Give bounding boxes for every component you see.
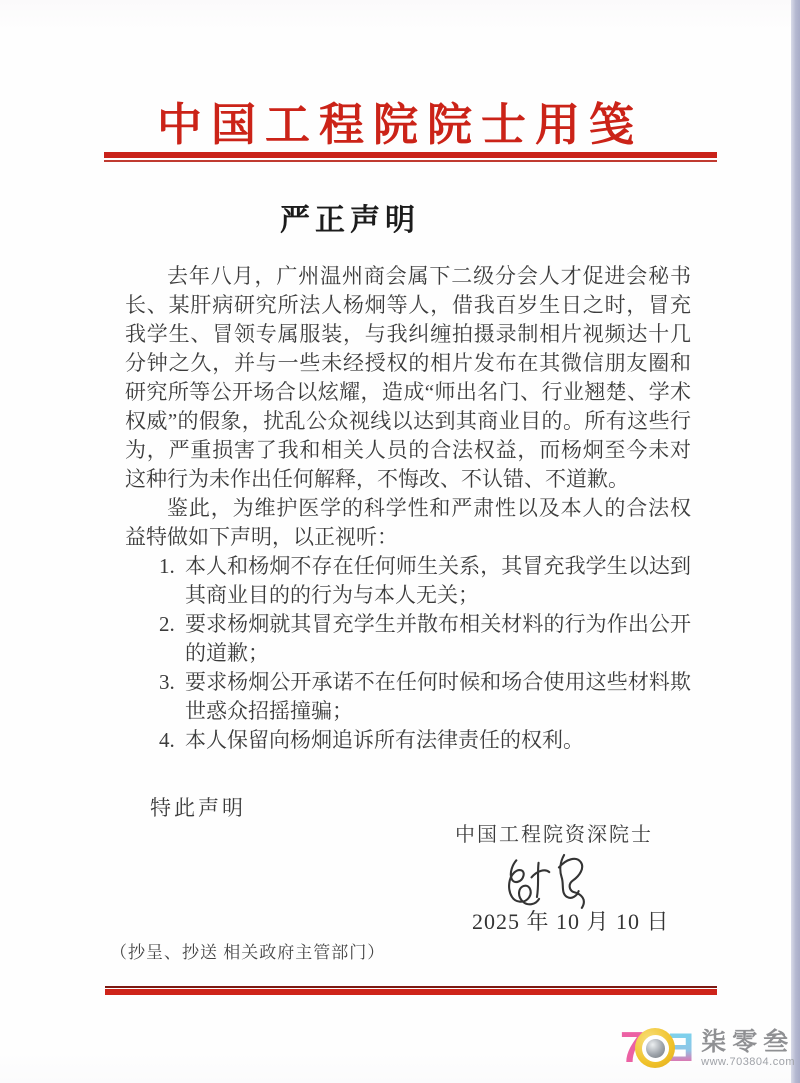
rule-thick-line [105,989,717,995]
list-item-text: 要求杨炯就其冒充学生并散布相关材料的行为作出公开的道歉； [185,612,691,665]
letter-page: 中国工程院院士用笺 严正声明 去年八月，广州温州商会属下二级分会人才促进会秘书长… [0,0,800,1083]
list-number: 4. [159,726,175,755]
footer-rule [105,986,717,995]
scan-edge-artifact [791,0,800,1083]
site-watermark: 7 Ǝ 柒零叁 www.703804.com [620,1028,795,1068]
letterhead-rule [104,152,717,162]
watermark-text-block: 柒零叁 www.703804.com [701,1029,795,1068]
watermark-url: www.703804.com [701,1056,795,1068]
document-title: 严正声明 [0,195,750,239]
list-number: 3. [159,668,175,697]
signoff-title: 中国工程院资深院士 [455,818,653,847]
document-body: 去年八月，广州温州商会属下二级分会人才促进会秘书长、某肝病研究所法人杨炯等人，借… [125,262,691,755]
letterhead-title: 中国工程院院士用笺 [0,88,800,153]
rule-thin-line [104,160,717,162]
list-number: 1. [159,552,175,581]
lens-ring [642,1035,669,1062]
cc-distribution-note: （抄呈、抄送 相关政府主管部门） [110,938,385,963]
lens-ball [646,1039,665,1058]
list-item-text: 要求杨炯公开承诺不在任何时候和场合使用这些材料欺世惑众招摇撞骗； [185,670,691,723]
list-number: 2. [159,610,175,639]
closing-statement: 特此声明 [150,792,246,822]
list-item: 1. 本人和杨炯不存在任何师生关系，其冒充我学生以达到其商业目的的行为与本人无关… [125,552,691,610]
site-logo-703: 7 Ǝ [620,1028,694,1068]
watermark-brand-name: 柒零叁 [701,1029,794,1056]
statement-date: 2025 年 10 月 10 日 [472,905,670,936]
list-item: 4. 本人保留向杨炯追诉所有法律责任的权利。 [125,726,691,755]
rule-thin-line [105,986,717,988]
paragraph-1: 去年八月，广州温州商会属下二级分会人才促进会秘书长、某肝病研究所法人杨炯等人，借… [125,262,691,494]
paragraph-2: 鉴此，为维护医学的科学性和严肃性以及本人的合法权益特做如下声明，以正视听： [125,494,691,552]
statement-list: 1. 本人和杨炯不存在任何师生关系，其冒充我学生以达到其商业目的的行为与本人无关… [125,552,691,755]
list-item: 2. 要求杨炯就其冒充学生并散布相关材料的行为作出公开的道歉； [125,610,691,668]
list-item-text: 本人和杨炯不存在任何师生关系，其冒充我学生以达到其商业目的的行为与本人无关； [185,554,691,607]
list-item-text: 本人保留向杨炯追诉所有法律责任的权利。 [185,728,584,752]
list-item: 3. 要求杨炯公开承诺不在任何时候和场合使用这些材料欺世惑众招摇撞骗； [125,668,691,726]
rule-thick-line [104,152,717,158]
